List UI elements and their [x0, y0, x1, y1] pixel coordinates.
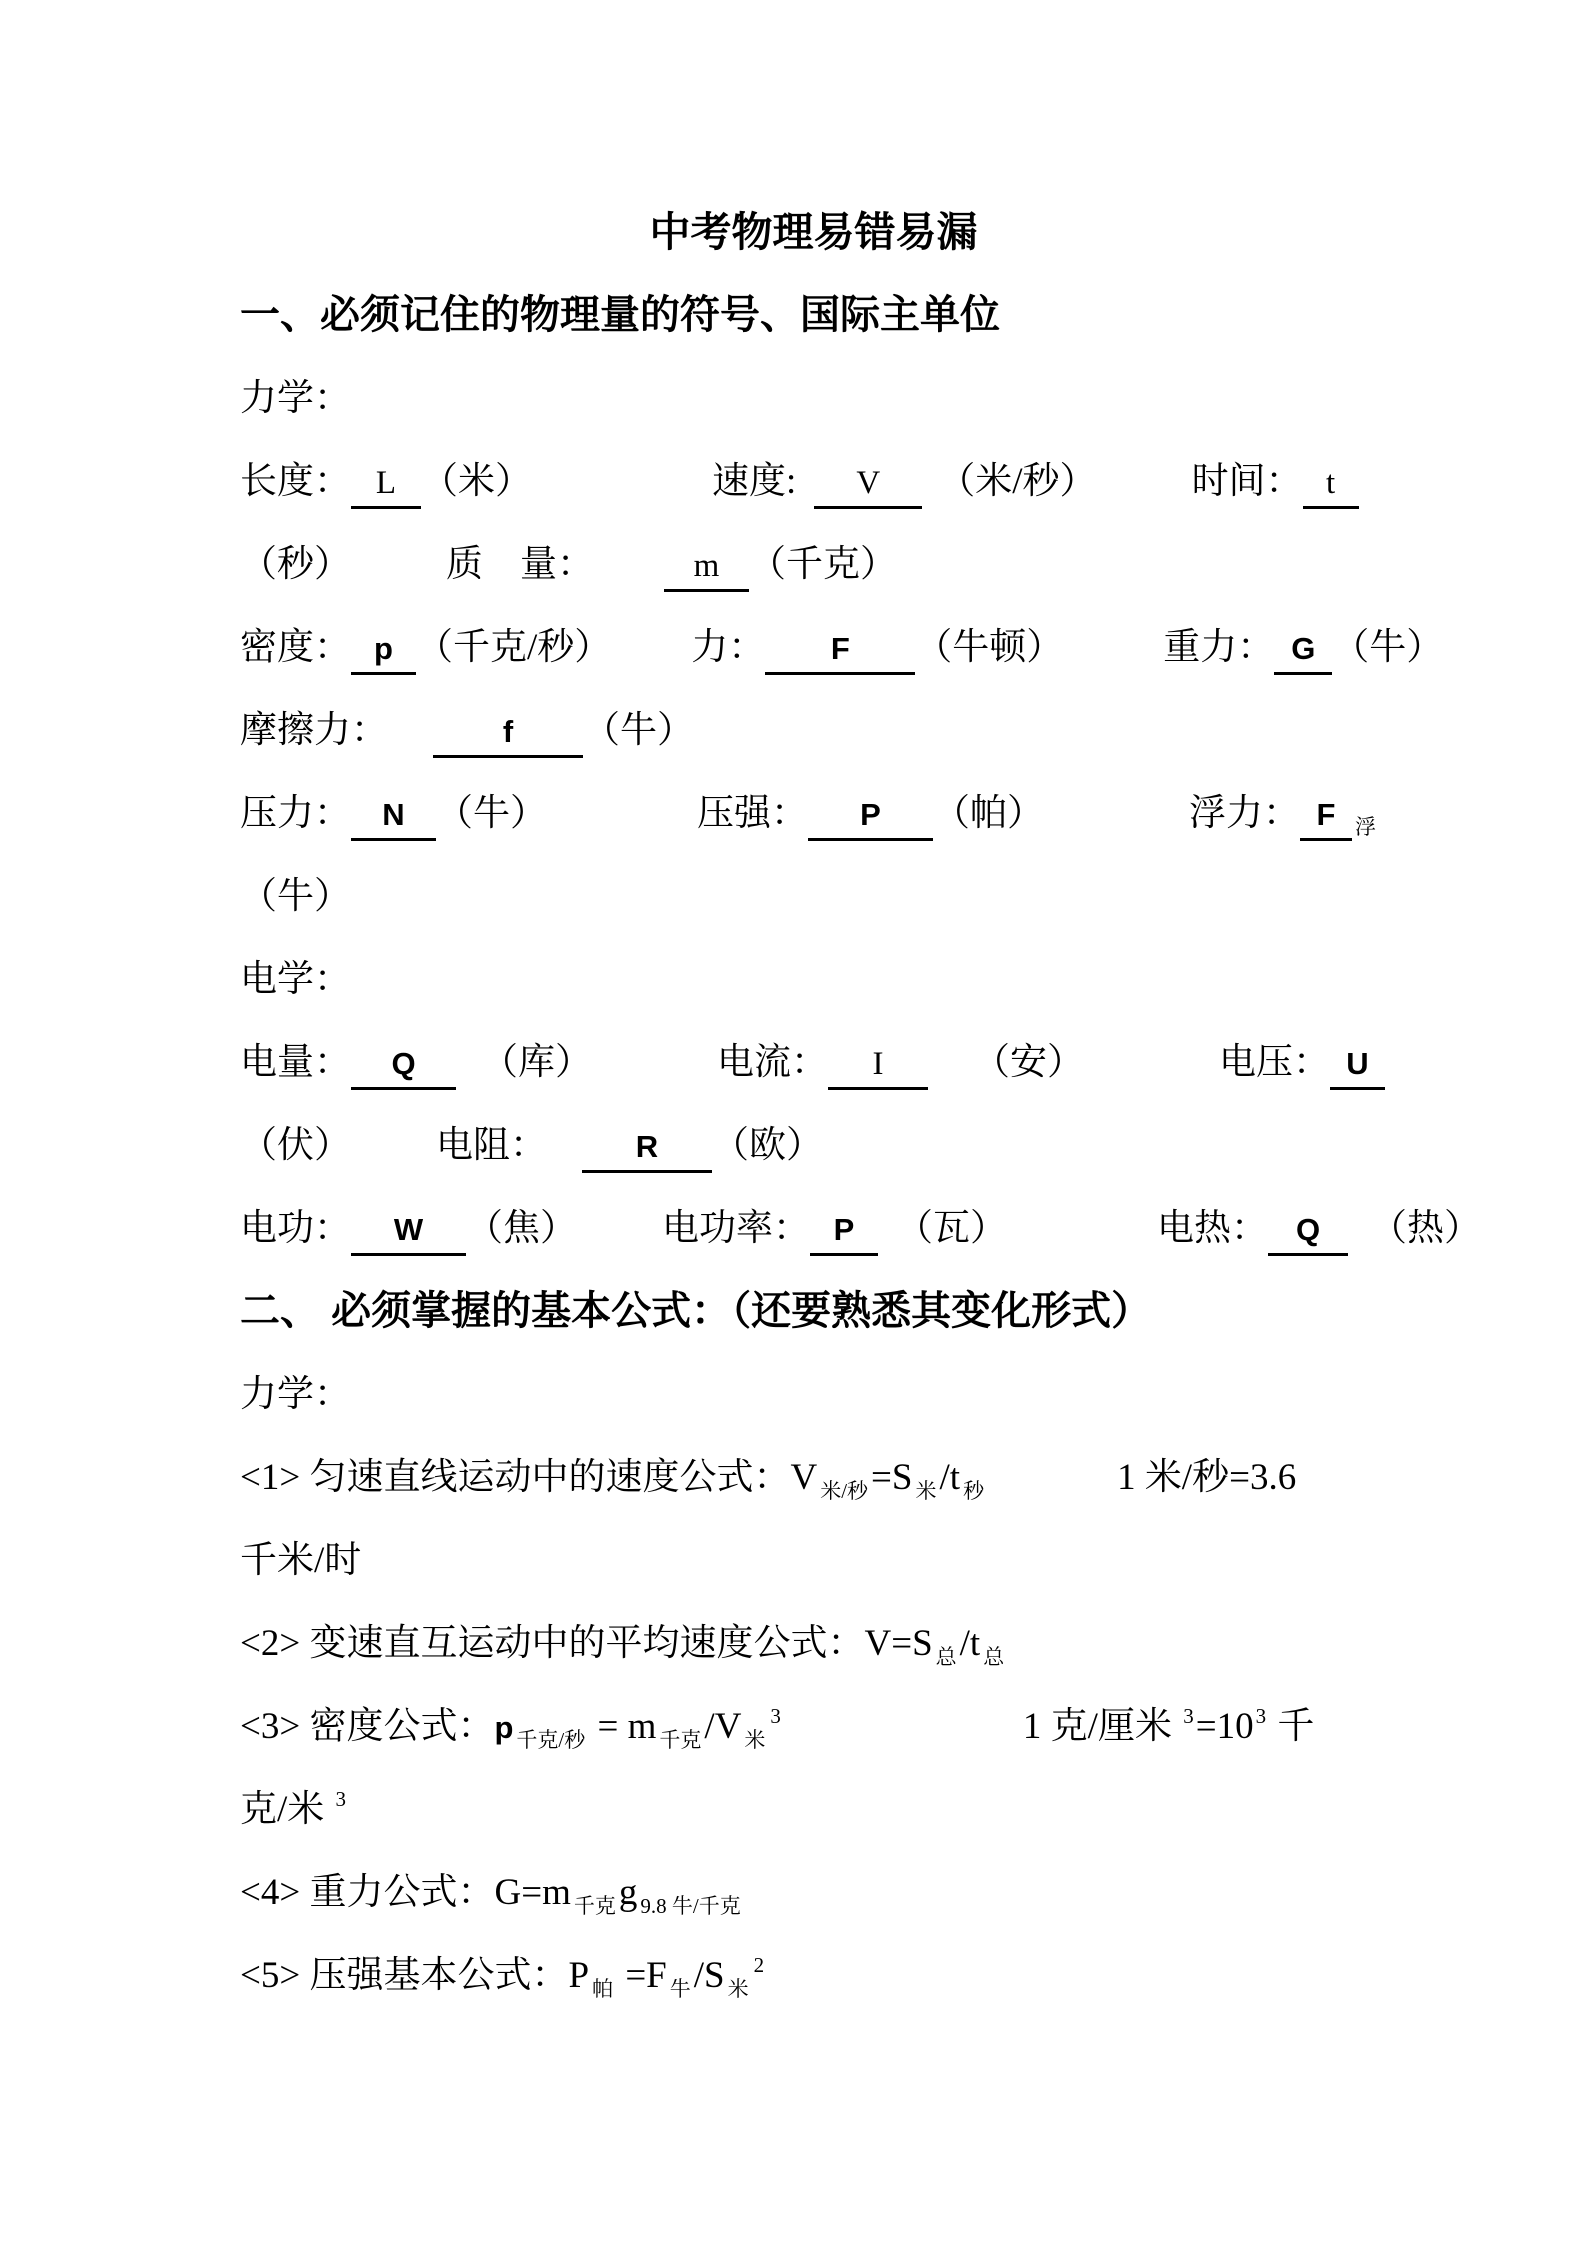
text-run: 克/米: [240, 1789, 334, 1830]
text-run: （牛）: [1332, 627, 1443, 668]
line-second-mass: （秒）质 量：m（千克）: [240, 523, 1387, 606]
text-run: 千: [1268, 1706, 1314, 1747]
line-kmh-continuation: 千米/时: [240, 1519, 1387, 1602]
text-run: 电热：: [1157, 1208, 1268, 1249]
spacer: [987, 1488, 1117, 1489]
text-run: （米/秒）: [938, 461, 1096, 502]
text-run: 摩擦力：: [240, 710, 388, 751]
text-run: （秒）: [240, 544, 351, 585]
text-run: 力学：: [240, 1374, 351, 1415]
spacer: [577, 1239, 662, 1240]
text-run: （牛）: [583, 710, 694, 751]
answer-blank: I: [828, 1041, 928, 1090]
label-mechanics-2: 力学：: [240, 1353, 1387, 1436]
answer-blank: W: [351, 1207, 466, 1256]
spacer: [611, 658, 691, 659]
spacer: [1348, 1239, 1370, 1240]
text-run: （焦）: [466, 1208, 577, 1249]
answer-blank: P: [810, 1207, 878, 1256]
text-run: 速度:: [712, 461, 796, 502]
answer-blank: P: [808, 792, 933, 841]
answer-blank: G: [1274, 626, 1332, 675]
text-run: （米）: [421, 461, 532, 502]
text-run: （千克）: [749, 544, 897, 585]
text-run: <1> 匀速直线运动中的速度公式：V: [240, 1457, 817, 1498]
text-run: （库）: [481, 1042, 592, 1083]
line-friction: 摩擦力：f（牛）: [240, 689, 1387, 772]
symbol: p: [494, 1710, 513, 1745]
text-run: （欧）: [712, 1125, 823, 1166]
text-run: （瓦）: [896, 1208, 1007, 1249]
spacer: [594, 575, 664, 576]
subscript: 帕: [592, 1977, 613, 2001]
spacer: [592, 1073, 717, 1074]
answer-blank: t: [1303, 460, 1359, 509]
text-run: 密度：: [240, 627, 351, 668]
text-run: 力：: [691, 627, 765, 668]
answer-blank: N: [351, 792, 436, 841]
text-run: （牛）: [436, 793, 547, 834]
superscript: 2: [754, 1953, 765, 1977]
heading-formulas: 二、 必须掌握的基本公式：（还要熟悉其变化形式）: [240, 1270, 1387, 1353]
text-run: = m: [588, 1706, 656, 1747]
answer-blank: Q: [351, 1041, 456, 1090]
answer-blank: F: [1300, 792, 1352, 841]
text-run: （安）: [973, 1042, 1084, 1083]
heading-units: 一、必须记住的物理量的符号、国际主单位: [240, 274, 1387, 357]
answer-blank: U: [1330, 1041, 1385, 1090]
spacer: [456, 1073, 481, 1074]
text-run: 压强：: [697, 793, 808, 834]
answer-blank: R: [582, 1124, 712, 1173]
spacer: [532, 492, 712, 493]
answer-blank: m: [664, 543, 749, 592]
answer-blank: L: [351, 460, 421, 509]
spacer: [928, 1073, 973, 1074]
text-run: =S: [871, 1457, 912, 1498]
spacer: [922, 492, 938, 493]
text-run: 电功：: [240, 1208, 351, 1249]
superscript: 3: [770, 1704, 781, 1728]
doc-title: 中考物理易错易漏: [240, 191, 1387, 274]
text-run: 浮力：: [1189, 793, 1300, 834]
spacer: [1007, 1239, 1157, 1240]
line-charge-current-voltage: 电量：Q（库）电流：I（安）电压：U: [240, 1021, 1387, 1104]
subscript: 千克/秒: [516, 1728, 585, 1752]
spacer: [547, 824, 697, 825]
line-kgm3-continuation: 克/米 3: [240, 1768, 1387, 1851]
text-run: 压力：: [240, 793, 351, 834]
text-run: <5> 压强基本公式：P: [240, 1955, 589, 1996]
answer-blank: f: [433, 709, 583, 758]
line-length-speed-time: 长度：L（米）速度:V（米/秒）时间：t: [240, 440, 1387, 523]
spacer: [1044, 824, 1189, 825]
text-run: （牛顿）: [915, 627, 1063, 668]
subscript: 9.8 牛/千克: [640, 1894, 740, 1918]
text-run: 力学：: [240, 378, 351, 419]
text-run: 电功率：: [662, 1208, 810, 1249]
document-page: 中考物理易错易漏一、必须记住的物理量的符号、国际主单位力学：长度：L（米）速度:…: [0, 0, 1587, 2245]
text-run: 二、 必须掌握的基本公式：（还要熟悉其变化形式）: [240, 1289, 1151, 1333]
answer-blank: V: [814, 460, 922, 509]
text-run: <4> 重力公式：G=m: [240, 1872, 571, 1913]
label-mechanics: 力学：: [240, 357, 1387, 440]
spacer: [1063, 658, 1163, 659]
spacer: [878, 1239, 896, 1240]
line-formula-speed: <1> 匀速直线运动中的速度公式：V米/秒=S米/t秒1 米/秒=3.6: [240, 1436, 1387, 1519]
answer-blank: F: [765, 626, 915, 675]
line-formula-avg-speed: <2> 变速直互运动中的平均速度公式：V=S总/t总: [240, 1602, 1387, 1685]
text-run: /t: [960, 1623, 981, 1664]
text-run: 电压：: [1219, 1042, 1330, 1083]
text-run: g: [619, 1872, 638, 1913]
text-run: <2> 变速直互运动中的平均速度公式：V=S: [240, 1623, 933, 1664]
text-run: /t: [940, 1457, 961, 1498]
subscript: 千克: [574, 1894, 616, 1918]
text-run: 一、必须记住的物理量的符号、国际主单位: [240, 293, 1000, 337]
superscript: 3: [336, 1787, 347, 1811]
text-run: 千米/时: [240, 1540, 361, 1581]
text-run: 1 米/秒=3.6: [1117, 1457, 1296, 1498]
text-run: 长度：: [240, 461, 351, 502]
text-run: 1 克/厘米: [1023, 1706, 1181, 1747]
subscript: 米: [728, 1977, 749, 2001]
text-run: /S: [694, 1955, 725, 1996]
spacer: [388, 741, 433, 742]
subscript: 米/秒: [820, 1479, 868, 1503]
line-pressure-buoyancy: 压力：N（牛）压强：P（帕）浮力：F浮: [240, 772, 1387, 855]
subscript: 米: [916, 1479, 937, 1503]
subscript: 牛: [670, 1977, 691, 2001]
text-run: 中考物理易错易漏: [650, 209, 978, 255]
subscript: 总: [936, 1645, 957, 1669]
text-run: 电学：: [240, 959, 351, 1000]
text-run: 电流：: [717, 1042, 828, 1083]
answer-blank: Q: [1268, 1207, 1348, 1256]
spacer: [547, 1156, 582, 1157]
line-density-force-gravity: 密度：p（千克/秒）力：F（牛顿）重力：G（牛）: [240, 606, 1387, 689]
text-run: （牛）: [240, 876, 351, 917]
line-formula-density: <3> 密度公式：p千克/秒 = m千克/V米31 克/厘米 3=103 千: [240, 1685, 1387, 1768]
superscript: 3: [1256, 1704, 1267, 1728]
spacer: [1084, 1073, 1219, 1074]
subscript: 总: [983, 1645, 1004, 1669]
answer-blank: p: [351, 626, 416, 675]
label-electricity: 电学：: [240, 938, 1387, 1021]
line-volt-resistance: （伏）电阻：R（欧）: [240, 1104, 1387, 1187]
text-run: <3> 密度公式：: [240, 1706, 494, 1747]
text-run: 时间：: [1192, 461, 1303, 502]
line-niu-continuation: （牛）: [240, 855, 1387, 938]
spacer: [783, 1737, 1023, 1738]
text-run: =10: [1196, 1706, 1254, 1747]
line-formula-pressure: <5> 压强基本公式：P帕 =F牛/S米2: [240, 1934, 1387, 2017]
subscript: 千克: [659, 1728, 701, 1752]
text-run: =F: [616, 1955, 667, 1996]
text-run: 质 量：: [446, 544, 594, 585]
subscript: 米: [744, 1728, 765, 1752]
subscript: 浮: [1355, 815, 1376, 839]
spacer: [351, 1156, 436, 1157]
text-run: 电阻：: [436, 1125, 547, 1166]
spacer: [351, 575, 446, 576]
text-run: （千克/秒）: [416, 627, 611, 668]
line-work-power-heat: 电功：W（焦）电功率：P（瓦）电热：Q（热）: [240, 1187, 1387, 1270]
spacer: [1097, 492, 1192, 493]
text-run: 重力：: [1163, 627, 1274, 668]
text-run: 电量：: [240, 1042, 351, 1083]
text-run: （热）: [1370, 1208, 1481, 1249]
superscript: 3: [1183, 1704, 1194, 1728]
subscript: 秒: [963, 1479, 984, 1503]
text-run: （帕）: [933, 793, 1044, 834]
line-formula-gravity: <4> 重力公式：G=m千克g9.8 牛/千克: [240, 1851, 1387, 1934]
spacer: [796, 492, 814, 493]
text-run: （伏）: [240, 1125, 351, 1166]
text-run: /V: [704, 1706, 741, 1747]
